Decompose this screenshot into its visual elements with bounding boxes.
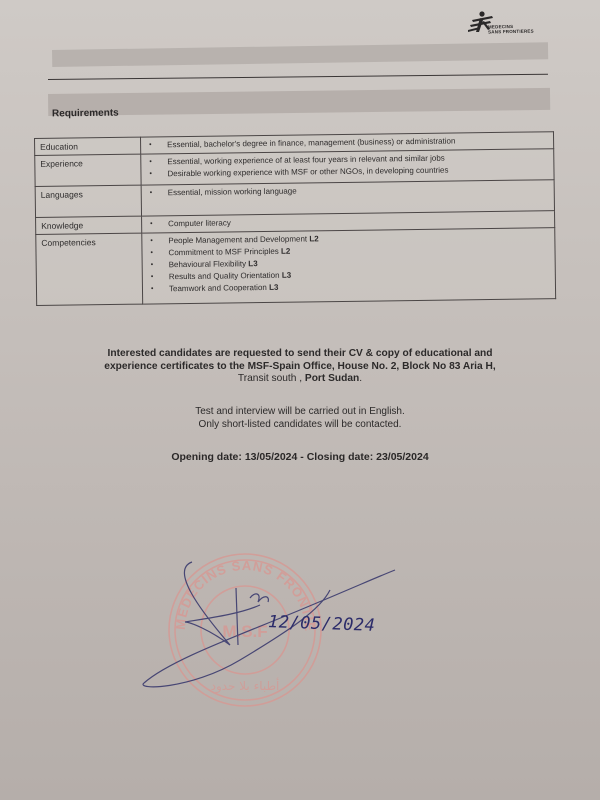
requirements-band	[48, 88, 550, 116]
selection-notes: Test and interview will be carried out i…	[100, 405, 500, 431]
competency-level: L3	[282, 271, 291, 280]
requirement-label: Competencies	[36, 233, 143, 305]
shortlist-note: Only short-listed candidates will be con…	[100, 418, 500, 431]
instructions-line1: Interested candidates are requested to s…	[40, 348, 560, 361]
requirement-text: Computer literacy	[168, 218, 231, 228]
instructions-line2: experience certificates to the MSF-Spain…	[40, 361, 560, 374]
office-address: MSF-Spain Office, House No. 2, Block No …	[248, 361, 496, 372]
requirement-text: Behavioural Flexibility	[169, 259, 246, 269]
requirement-text: Essential, mission working language	[168, 187, 297, 198]
requirement-text: Commitment to MSF Principles	[168, 247, 278, 257]
application-instructions: Interested candidates are requested to s…	[40, 348, 560, 386]
svg-text:M.S.F: M.S.F	[222, 622, 267, 641]
requirement-text: Results and Quality Orientation	[169, 271, 280, 281]
requirement-text: Essential, bachelor's degree in finance,…	[167, 136, 455, 149]
requirement-details: People Management and Development L2Comm…	[142, 228, 556, 304]
requirement-text: Desirable working experience with MSF or…	[167, 166, 448, 179]
msf-logo-text: MEDECINS SANS FRONTIERES	[488, 24, 534, 35]
competency-level: L3	[269, 283, 278, 292]
requirements-table: EducationEssential, bachelor's degree in…	[34, 131, 556, 306]
requirement-label: Experience	[35, 154, 141, 186]
requirement-label: Languages	[35, 185, 141, 217]
requirement-label: Knowledge	[36, 216, 142, 234]
requirement-item: Essential, mission working language	[146, 182, 550, 199]
header-band	[52, 42, 548, 67]
requirement-text: Teamwork and Cooperation	[169, 283, 267, 293]
requirement-list: Essential, working experience of at leas…	[145, 151, 549, 180]
competency-level: L2	[309, 234, 318, 243]
instructions-line2-lead: experience certificates to the	[104, 361, 247, 372]
test-language-note: Test and interview will be carried out i…	[100, 405, 500, 418]
city-name: Port Sudan	[305, 373, 359, 384]
requirement-list: People Management and Development L2Comm…	[146, 230, 551, 295]
instructions-line3: Transit south , Port Sudan.	[40, 373, 560, 386]
requirement-text: People Management and Development	[168, 234, 307, 245]
logo-text-line2: SANS FRONTIERES	[488, 29, 534, 35]
instructions-line3-end: .	[359, 373, 362, 384]
instructions-line3-lead: Transit south ,	[238, 373, 305, 384]
requirements-title: Requirements	[52, 108, 119, 120]
competency-level: L3	[248, 259, 257, 268]
svg-text:ﺃﻃﺒﺎﺀ ﺑﻼ ﺣﺪﻭﺩ: ﺃﻃﺒﺎﺀ ﺑﻼ ﺣﺪﻭﺩ	[211, 677, 280, 694]
signature-date: 12/05/2024	[268, 612, 376, 636]
requirement-list: Essential, mission working language	[146, 182, 550, 199]
job-posting-page: MEDECINS SANS FRONTIERES Requirements Ed…	[0, 0, 600, 800]
divider-line	[48, 74, 548, 80]
competency-level: L2	[281, 247, 290, 256]
requirement-label: Education	[35, 137, 141, 155]
posting-dates: Opening date: 13/05/2024 - Closing date:…	[60, 451, 540, 463]
requirements-row-competencies: CompetenciesPeople Management and Develo…	[36, 228, 556, 306]
